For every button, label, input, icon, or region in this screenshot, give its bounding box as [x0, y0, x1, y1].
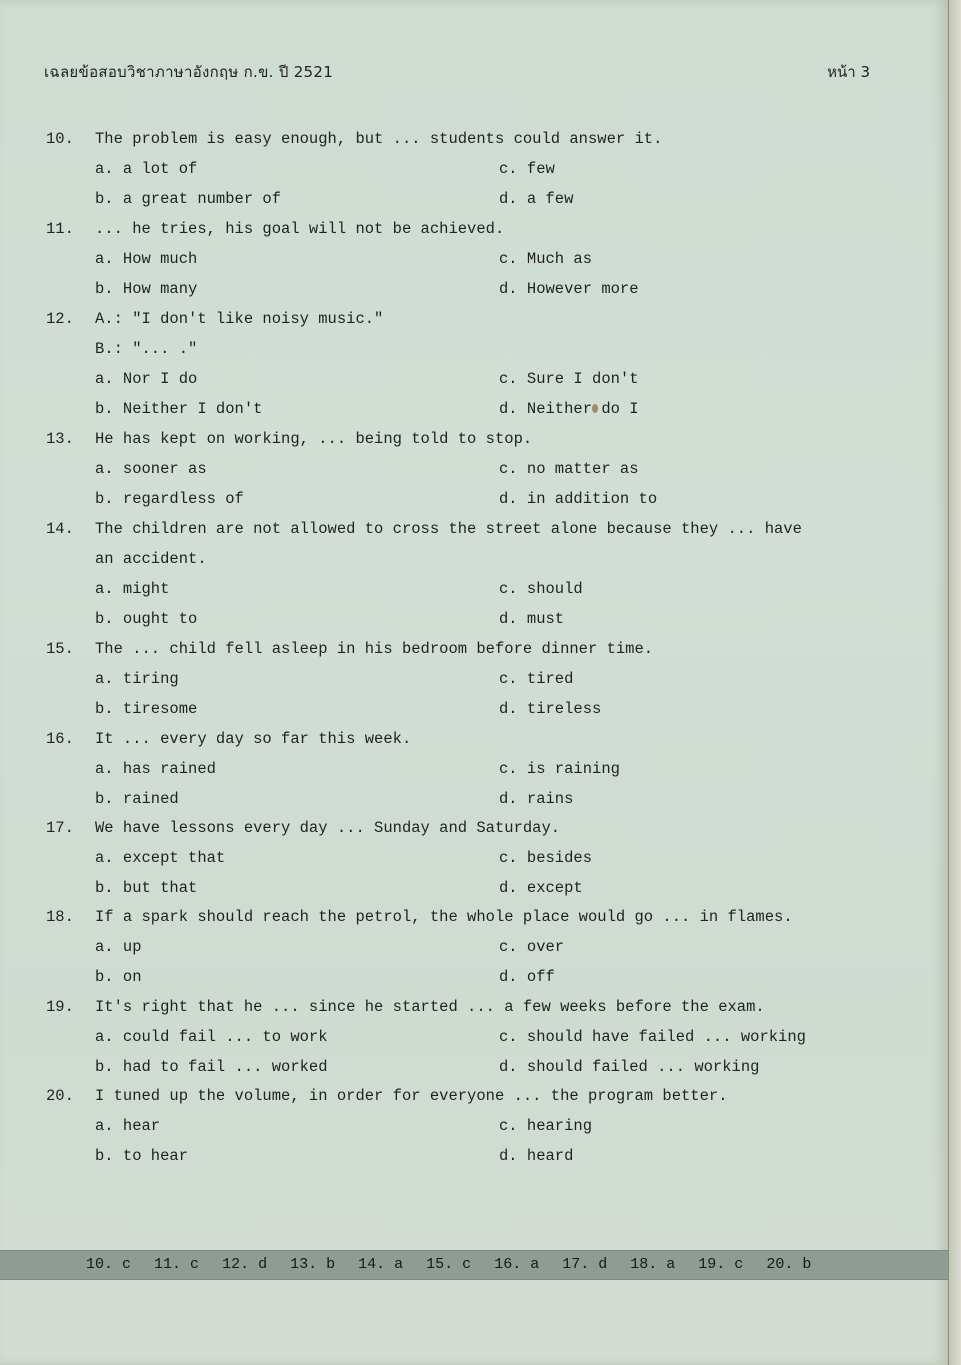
- question-text: It ... every day so far this week.: [95, 724, 411, 754]
- option-a: a. could fail ... to work: [95, 1022, 328, 1052]
- option-a: a. How much: [95, 244, 197, 274]
- option-a: a. hear: [95, 1111, 160, 1141]
- question-text: A.: "I don't like noisy music.": [95, 304, 383, 334]
- option-d: d. should failed ... working: [499, 1052, 759, 1082]
- question-16: 16.It ... every day so far this week. a.…: [46, 724, 876, 814]
- question-number: 14.: [46, 514, 74, 544]
- question-text: The children are not allowed to cross th…: [95, 514, 802, 544]
- question-text: I tuned up the volume, in order for ever…: [95, 1081, 728, 1111]
- option-b: b. tiresome: [95, 694, 197, 724]
- options: a. sooner as b. regardless of c. no matt…: [46, 454, 876, 514]
- question-number: 12.: [46, 304, 74, 334]
- option-a: a. has rained: [95, 754, 216, 784]
- options: a. tiring b. tiresome c. tired d. tirele…: [46, 664, 876, 724]
- question-number: 16.: [46, 724, 74, 754]
- question-number: 11.: [46, 214, 74, 244]
- question-text: It's right that he ... since he started …: [95, 992, 765, 1022]
- option-d: d. heard: [499, 1141, 573, 1171]
- page-header: เฉลยข้อสอบวิชาภาษาอังกฤษ ก.ข. ปี 2521 หน…: [44, 60, 870, 84]
- answer-15: 15. c: [426, 1256, 471, 1273]
- question-text: He has kept on working, ... being told t…: [95, 424, 532, 454]
- question-number: 10.: [46, 124, 74, 154]
- question-15: 15.The ... child fell asleep in his bedr…: [46, 634, 876, 724]
- question-number: 17.: [46, 813, 74, 843]
- answer-12: 12. d: [222, 1256, 267, 1273]
- option-d: d. rains: [499, 784, 573, 814]
- option-d: d. in addition to: [499, 484, 657, 514]
- answer-11: 11. c: [154, 1256, 199, 1273]
- option-d: d. except: [499, 873, 583, 903]
- question-text-line-2: B.: "... .": [95, 334, 197, 364]
- option-a: a. tiring: [95, 664, 179, 694]
- options: a. up b. on c. over d. off: [46, 932, 876, 992]
- answer-key-strip: 10. c 11. c 12. d 13. b 14. a 15. c 16. …: [0, 1250, 948, 1280]
- options: a. except that b. but that c. besides d.…: [46, 843, 876, 903]
- question-text-line-2: an accident.: [95, 544, 207, 574]
- answer-14: 14. a: [358, 1256, 403, 1273]
- question-number: 13.: [46, 424, 74, 454]
- question-text: The ... child fell asleep in his bedroom…: [95, 634, 653, 664]
- question-17: 17.We have lessons every day ... Sunday …: [46, 813, 876, 903]
- options: a. hear b. to hear c. hearing d. heard: [46, 1111, 876, 1171]
- option-c: c. should have failed ... working: [499, 1022, 806, 1052]
- options: a. Nor I do b. Neither I don't c. Sure I…: [46, 364, 876, 424]
- question-18: 18.If a spark should reach the petrol, t…: [46, 902, 876, 992]
- options: a. has rained b. rained c. is raining d.…: [46, 754, 876, 814]
- option-a: a. except that: [95, 843, 225, 873]
- option-c: c. few: [499, 154, 555, 184]
- option-b: b. rained: [95, 784, 179, 814]
- option-b: b. regardless of: [95, 484, 244, 514]
- option-a: a. might: [95, 574, 169, 604]
- answer-18: 18. a: [630, 1256, 675, 1273]
- option-c: c. tired: [499, 664, 573, 694]
- answer-16: 16. a: [494, 1256, 539, 1273]
- option-a: a. up: [95, 932, 142, 962]
- option-a: a. sooner as: [95, 454, 207, 484]
- options: a. How much b. How many c. Much as d. Ho…: [46, 244, 876, 304]
- options: a. could fail ... to work b. had to fail…: [46, 1022, 876, 1082]
- option-b: b. but that: [95, 873, 197, 903]
- question-number: 18.: [46, 902, 74, 932]
- option-b: b. ought to: [95, 604, 197, 634]
- options: a. might b. ought to c. should d. must: [46, 574, 876, 634]
- answer-17: 17. d: [562, 1256, 607, 1273]
- answer-key: 10. c 11. c 12. d 13. b 14. a 15. c 16. …: [86, 1256, 825, 1273]
- option-b: b. Neither I don't: [95, 394, 262, 424]
- option-b: b. had to fail ... worked: [95, 1052, 328, 1082]
- question-text: If a spark should reach the petrol, the …: [95, 902, 793, 932]
- option-c: c. Much as: [499, 244, 592, 274]
- option-d: d. off: [499, 962, 555, 992]
- option-c: c. besides: [499, 843, 592, 873]
- option-c: c. should: [499, 574, 583, 604]
- option-d: d. tireless: [499, 694, 601, 724]
- option-b: b. a great number of: [95, 184, 281, 214]
- options: a. a lot of b. a great number of c. few …: [46, 154, 876, 214]
- answer-13: 13. b: [290, 1256, 335, 1273]
- question-number: 19.: [46, 992, 74, 1022]
- question-text: ... he tries, his goal will not be achie…: [95, 214, 504, 244]
- question-13: 13.He has kept on working, ... being tol…: [46, 424, 876, 514]
- option-c: c. Sure I don't: [499, 364, 639, 394]
- option-b: b. to hear: [95, 1141, 188, 1171]
- option-d: d. However more: [499, 274, 639, 304]
- question-10: 10.The problem is easy enough, but ... s…: [46, 124, 876, 214]
- answer-10: 10. c: [86, 1256, 131, 1273]
- question-text: The problem is easy enough, but ... stud…: [95, 124, 662, 154]
- option-d: d. Neither do I: [499, 394, 639, 424]
- answer-20: 20. b: [766, 1256, 811, 1273]
- question-number: 15.: [46, 634, 74, 664]
- option-b: b. on: [95, 962, 142, 992]
- document-title: เฉลยข้อสอบวิชาภาษาอังกฤษ ก.ข. ปี 2521: [44, 60, 333, 84]
- ink-stain: [592, 404, 598, 413]
- option-a: a. Nor I do: [95, 364, 197, 394]
- question-12: 12.A.: "I don't like noisy music." B.: "…: [46, 304, 876, 424]
- option-c: c. over: [499, 932, 564, 962]
- option-d: d. a few: [499, 184, 573, 214]
- option-c: c. no matter as: [499, 454, 639, 484]
- answer-19: 19. c: [698, 1256, 743, 1273]
- page-number: หน้า 3: [827, 60, 870, 84]
- question-text: We have lessons every day ... Sunday and…: [95, 813, 560, 843]
- question-20: 20.I tuned up the volume, in order for e…: [46, 1081, 876, 1171]
- option-d: d. must: [499, 604, 564, 634]
- scanned-page: เฉลยข้อสอบวิชาภาษาอังกฤษ ก.ข. ปี 2521 หน…: [0, 0, 950, 1365]
- option-b: b. How many: [95, 274, 197, 304]
- option-c: c. is raining: [499, 754, 620, 784]
- question-14: 14.The children are not allowed to cross…: [46, 514, 876, 634]
- page-edge: [949, 0, 961, 1365]
- question-number: 20.: [46, 1081, 74, 1111]
- option-a: a. a lot of: [95, 154, 197, 184]
- question-11: 11.... he tries, his goal will not be ac…: [46, 214, 876, 304]
- option-c: c. hearing: [499, 1111, 592, 1141]
- question-19: 19.It's right that he ... since he start…: [46, 992, 876, 1082]
